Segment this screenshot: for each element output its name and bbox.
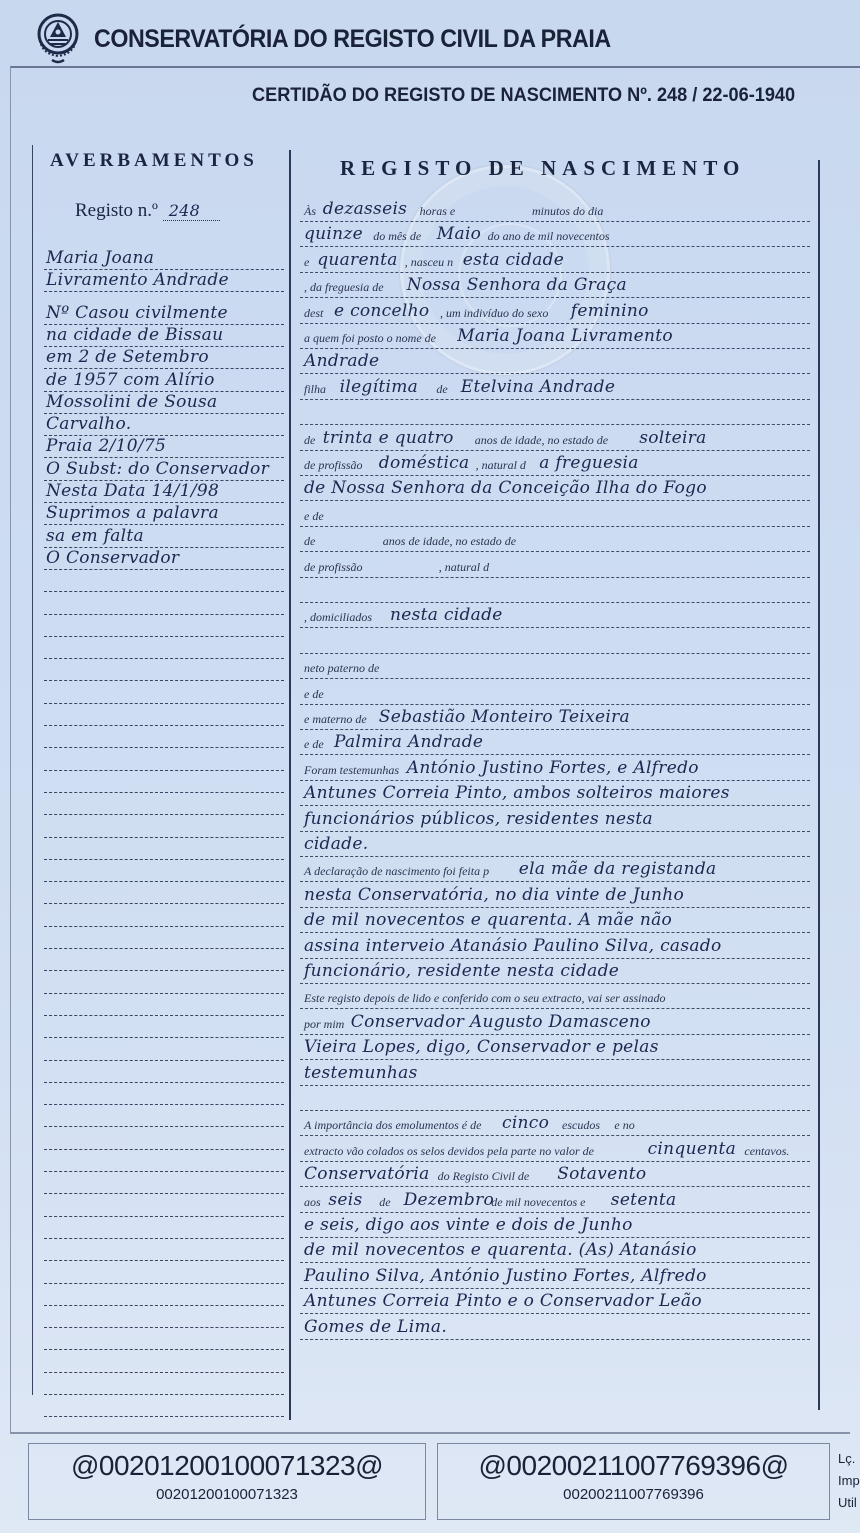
averbamento-line <box>44 1016 284 1038</box>
printed-label: Às <box>304 204 316 219</box>
registo-line <box>300 579 810 603</box>
handwritten-entry: Antunes Correia Pinto, ambos solteiros m… <box>304 783 730 803</box>
averbamento-line <box>44 726 284 748</box>
printed-label: , natural d <box>439 560 489 575</box>
handwritten-entry: e concelho <box>334 301 429 321</box>
handwritten-entry: cinco <box>502 1113 549 1133</box>
printed-label: A importância dos emolumentos é de <box>304 1118 481 1133</box>
averbamento-line: Nesta Data 14/1/98 <box>44 481 284 503</box>
registo-line: testemunhas <box>300 1062 810 1086</box>
registo-line: e de <box>300 681 810 705</box>
registo-heading: REGISTO DE NASCIMENTO <box>340 156 745 181</box>
averbamento-line: Mossolini de Sousa <box>44 392 284 414</box>
handwritten-entry: Sotavento <box>557 1164 646 1184</box>
handwritten-entry: Conservador Augusto Damasceno <box>351 1012 651 1032</box>
averbamento-line <box>44 1262 284 1284</box>
printed-label: e no <box>614 1118 634 1133</box>
handwritten-entry: assina interveio Atanásio Paulino Silva,… <box>304 936 722 956</box>
reference-code-1-plain: 00201200100071323 <box>29 1486 425 1503</box>
printed-label: , um indivíduo do sexo <box>440 306 548 321</box>
handwritten-entry: esta cidade <box>463 250 564 270</box>
averbamento-line <box>44 860 284 882</box>
reference-code-2-plain: 00200211007769396 <box>438 1486 829 1503</box>
printed-label: e de <box>304 509 324 524</box>
printed-label: extracto vão colados os selos devidos pe… <box>304 1144 594 1159</box>
registo-number: Registo n.º 248 <box>75 200 220 222</box>
averbamento-text: O Conservador <box>46 548 179 568</box>
averbamento-text: Suprimos a palavra <box>46 503 219 523</box>
registo-line: quinze do mês de Maio do ano de mil nove… <box>300 223 810 247</box>
handwritten-entry: Maio <box>437 224 481 244</box>
registo-line: a quem foi posto o nome de Maria Joana L… <box>300 325 810 349</box>
averbamento-line <box>44 1351 284 1373</box>
averbamento-line: na cidade de Bissau <box>44 325 284 347</box>
registo-line: Antunes Correia Pinto e o Conservador Le… <box>300 1290 810 1314</box>
averbamento-line <box>44 1328 284 1350</box>
printed-label: e <box>304 255 309 270</box>
registo-number-label: Registo n.º <box>75 200 158 221</box>
averbamento-line <box>44 949 284 971</box>
registo-line: e quarenta, nasceu nesta cidade <box>300 249 810 273</box>
averbamento-line <box>44 1150 284 1172</box>
registo-line: funcionários públicos, residentes nesta <box>300 808 810 832</box>
averbamento-line <box>44 972 284 994</box>
handwritten-entry: nesta cidade <box>390 605 503 625</box>
averbamento-text: em 2 de Setembro <box>46 347 209 367</box>
averbamento-line: Carvalho. <box>44 414 284 436</box>
printed-label: , domiciliados <box>304 610 372 625</box>
handwritten-entry: seis <box>328 1190 362 1210</box>
handwritten-entry: de mil novecentos e quarenta. A mãe não <box>304 910 672 930</box>
averbamento-text: Nesta Data 14/1/98 <box>46 481 219 501</box>
averbamento-line <box>44 838 284 860</box>
registo-line: de mil novecentos e quarenta. A mãe não <box>300 909 810 933</box>
handwritten-entry: funcionário, residente nesta cidade <box>304 961 619 981</box>
registo-line: de Nossa Senhora da Conceição Ilha do Fo… <box>300 477 810 501</box>
registo-line: e de Palmira Andrade <box>300 731 810 755</box>
averbamento-text: na cidade de Bissau <box>46 325 223 345</box>
registo-line: extracto vão colados os selos devidos pe… <box>300 1138 810 1162</box>
registo-line: Gomes de Lima. <box>300 1316 810 1340</box>
handwritten-entry: trinta e quatro <box>323 428 454 448</box>
averbamento-line <box>44 1195 284 1217</box>
registo-line: de profissão , natural d <box>300 554 810 578</box>
printed-label: anos de idade, no estado de <box>383 534 516 549</box>
printed-label: de profissão <box>304 458 363 473</box>
averbamento-line <box>44 771 284 793</box>
registo-line: de anos de idade, no estado de <box>300 528 810 552</box>
printed-label: de <box>304 534 315 549</box>
handwritten-entry: Etelvina Andrade <box>461 377 615 397</box>
printed-label: neto paterno de <box>304 661 379 676</box>
printed-label: do Registo Civil de <box>438 1169 530 1184</box>
handwritten-entry: de Nossa Senhora da Conceição Ilha do Fo… <box>304 478 707 498</box>
averbamento-text: Livramento Andrade <box>46 270 229 290</box>
registo-line: de profissão doméstica, natural da fregu… <box>300 452 810 476</box>
printed-label: do ano de mil novecentos <box>488 229 610 244</box>
averbamento-line <box>44 1039 284 1061</box>
averbamentos-heading: AVERBAMENTOS <box>50 150 258 172</box>
averbamento-text: Praia 2/10/75 <box>46 436 166 456</box>
registo-line: Às dezasseis horas e minutos do dia <box>300 198 810 222</box>
handwritten-entry: e seis, digo aos vinte e dois de Junho <box>304 1215 633 1235</box>
right-border <box>818 160 820 1410</box>
averbamento-text: O Subst: do Conservador <box>46 459 269 479</box>
averbamento-line <box>44 994 284 1016</box>
printed-label: , da freguesia de <box>304 280 384 295</box>
handwritten-entry: ela mãe da registanda <box>519 859 717 879</box>
handwritten-entry: cidade. <box>304 834 368 854</box>
handwritten-entry: Andrade <box>304 351 379 371</box>
averbamento-line: Livramento Andrade <box>44 270 284 292</box>
averbamento-line <box>44 1239 284 1261</box>
handwritten-entry: Vieira Lopes, digo, Conservador e pelas <box>304 1037 659 1057</box>
printed-label: e materno de <box>304 712 367 727</box>
averbamento-text: Maria Joana <box>46 248 154 268</box>
handwritten-entry: nesta Conservatória, no dia vinte de Jun… <box>304 885 684 905</box>
averbamento-text: sa em falta <box>46 526 144 546</box>
handwritten-entry: quinze <box>304 224 363 244</box>
averbamento-line <box>44 637 284 659</box>
registo-line: de trinta e quatro anos de idade, no est… <box>300 427 810 451</box>
averbamento-line <box>44 1083 284 1105</box>
averbamento-line <box>44 927 284 949</box>
handwritten-entry: funcionários públicos, residentes nesta <box>304 809 653 829</box>
registo-line: filha ilegítima de Etelvina Andrade <box>300 376 810 400</box>
averbamento-line <box>44 593 284 615</box>
printed-label: por mim <box>304 1017 344 1032</box>
averbamento-line <box>44 1217 284 1239</box>
handwritten-entry: a freguesia <box>539 453 639 473</box>
handwritten-entry: feminino <box>571 301 649 321</box>
averbamento-text: Mossolini de Sousa <box>46 392 217 412</box>
averbamento-line <box>44 1306 284 1328</box>
registo-line: Antunes Correia Pinto, ambos solteiros m… <box>300 782 810 806</box>
registo-line: e de <box>300 503 810 527</box>
reference-code-box-2: @00200211007769396@ 00200211007769396 <box>437 1443 830 1520</box>
side-note: Lç. Imp Util <box>838 1448 860 1514</box>
registo-line: Foram testemunhas António Justino Fortes… <box>300 757 810 781</box>
registo-line: A declaração de nascimento foi feita pel… <box>300 858 810 882</box>
averbamento-line <box>44 1284 284 1306</box>
averbamento-line <box>44 1128 284 1150</box>
printed-label: do mês de <box>373 229 421 244</box>
handwritten-entry: ilegítima <box>340 377 418 397</box>
handwritten-entry: cinquenta <box>648 1139 736 1159</box>
printed-label: escudos <box>562 1118 600 1133</box>
averbamento-line: Maria Joana <box>44 248 284 270</box>
registo-line: A importância dos emolumentos é de cinco… <box>300 1112 810 1136</box>
printed-label: minutos do dia <box>532 204 603 219</box>
registo-line: e seis, digo aos vinte e dois de Junho <box>300 1214 810 1238</box>
averbamento-line <box>44 570 284 592</box>
printed-label: , natural d <box>476 458 526 473</box>
averbamento-line <box>44 1105 284 1127</box>
handwritten-entry: solteira <box>639 428 706 448</box>
averbamento-line: Suprimos a palavra <box>44 503 284 525</box>
averbamento-line: O Conservador <box>44 548 284 570</box>
bottom-divider <box>10 1432 850 1434</box>
printed-label: dest <box>304 306 323 321</box>
averbamento-line: sa em falta <box>44 526 284 548</box>
averbamento-line <box>44 1395 284 1417</box>
printed-label: horas e <box>420 204 456 219</box>
averbamento-text: de 1957 com Alírio <box>46 370 215 390</box>
registo-line: neto paterno de <box>300 655 810 679</box>
averbamento-line <box>44 905 284 927</box>
registo-line: e materno de Sebastião Monteiro Teixeira <box>300 706 810 730</box>
printed-label: filha <box>304 382 326 397</box>
side-note-line: Imp <box>838 1470 860 1492</box>
registo-number-value: 248 <box>163 201 220 221</box>
reference-code-1: @00201200100071323@ <box>29 1450 425 1482</box>
column-divider <box>289 150 291 1420</box>
document-header: CONSERVATÓRIA DO REGISTO CIVIL DA PRAIA <box>24 10 844 68</box>
handwritten-entry: Antunes Correia Pinto e o Conservador Le… <box>304 1291 702 1311</box>
handwritten-entry: doméstica <box>379 453 470 473</box>
printed-label: de <box>436 382 447 397</box>
averbamento-line <box>44 682 284 704</box>
printed-label: de <box>379 1195 390 1210</box>
averbamento-line <box>44 615 284 637</box>
reference-code-box-1: @00201200100071323@ 00201200100071323 <box>28 1443 426 1520</box>
handwritten-entry: dezasseis <box>323 199 407 219</box>
registo-line <box>300 401 810 425</box>
printed-label: a quem foi posto o nome de <box>304 331 436 346</box>
printed-label: Este registo depois de lido e conferido … <box>304 991 666 1006</box>
reference-code-2: @00200211007769396@ <box>438 1450 829 1482</box>
averbamento-line <box>44 749 284 771</box>
printed-label: A declaração de nascimento foi feita p <box>304 864 489 879</box>
printed-label: de mil novecentos e <box>491 1195 585 1210</box>
registo-line: Conservatória do Registo Civil de Sotave… <box>300 1163 810 1187</box>
averbamento-line: Nº Casou civilmente <box>44 303 284 325</box>
registo-line: de mil novecentos e quarenta. (As) Ataná… <box>300 1239 810 1263</box>
registo-line: Andrade <box>300 350 810 374</box>
handwritten-entry: Gomes de Lima. <box>304 1317 447 1337</box>
side-note-line: Util <box>838 1492 860 1514</box>
registo-line: Vieira Lopes, digo, Conservador e pelas <box>300 1036 810 1060</box>
handwritten-entry: Maria Joana Livramento <box>457 326 673 346</box>
averbamento-line: de 1957 com Alírio <box>44 370 284 392</box>
printed-label: aos <box>304 1195 321 1210</box>
averbamento-line <box>44 659 284 681</box>
averbamento-line: Praia 2/10/75 <box>44 436 284 458</box>
registo-line: Paulino Silva, António Justino Fortes, A… <box>300 1265 810 1289</box>
printed-label: anos de idade, no estado de <box>475 433 608 448</box>
handwritten-entry: setenta <box>611 1190 677 1210</box>
averbamento-line <box>44 1172 284 1194</box>
coat-of-arms-icon <box>28 10 88 68</box>
averbamento-line <box>44 882 284 904</box>
registo-line: cidade. <box>300 833 810 857</box>
handwritten-entry: Conservatória <box>304 1164 430 1184</box>
handwritten-entry: Dezembro <box>404 1190 494 1210</box>
printed-label: e de <box>304 737 324 752</box>
registo-line: , da freguesia de Nossa Senhora da Graça <box>300 274 810 298</box>
handwritten-entry: Paulino Silva, António Justino Fortes, A… <box>304 1266 707 1286</box>
averbamento-line: em 2 de Setembro <box>44 347 284 369</box>
registo-line: por mim Conservador Augusto Damasceno <box>300 1011 810 1035</box>
averbamento-text: Nº Casou civilmente <box>46 303 228 323</box>
averbamento-line <box>44 1373 284 1395</box>
institution-title: CONSERVATÓRIA DO REGISTO CIVIL DA PRAIA <box>94 25 611 54</box>
printed-label: de <box>304 433 315 448</box>
handwritten-entry: Nossa Senhora da Graça <box>407 275 627 295</box>
handwritten-entry: António Justino Fortes, e Alfredo <box>407 758 699 778</box>
averbamento-line <box>44 704 284 726</box>
handwritten-entry: de mil novecentos e quarenta. (As) Ataná… <box>304 1240 697 1260</box>
averbamento-text: Carvalho. <box>46 414 131 434</box>
registo-line: assina interveio Atanásio Paulino Silva,… <box>300 935 810 959</box>
handwritten-entry: quarenta <box>317 250 397 270</box>
averbamento-line <box>44 793 284 815</box>
registo-line: Este registo depois de lido e conferido … <box>300 985 810 1009</box>
side-note-line: Lç. <box>838 1448 860 1470</box>
registo-line: aos seis de Dezembro de mil novecentos e… <box>300 1189 810 1213</box>
registo-line <box>300 1087 810 1111</box>
handwritten-entry: Palmira Andrade <box>334 732 483 752</box>
registo-line: nesta Conservatória, no dia vinte de Jun… <box>300 884 810 908</box>
printed-label: e de <box>304 687 324 702</box>
averbamento-line <box>44 1061 284 1083</box>
printed-label: centavos. <box>744 1144 789 1159</box>
printed-label: de profissão <box>304 560 363 575</box>
certificate-title: CERTIDÃO DO REGISTO DE NASCIMENTO Nº. 24… <box>252 84 795 107</box>
handwritten-entry: testemunhas <box>304 1063 418 1083</box>
handwritten-entry: Sebastião Monteiro Teixeira <box>379 707 630 727</box>
printed-label: , nasceu n <box>405 255 453 270</box>
averbamento-line: O Subst: do Conservador <box>44 459 284 481</box>
averbamento-line <box>44 816 284 838</box>
registo-line: dest e concelho, um indivíduo do sexo fe… <box>300 300 810 324</box>
registo-line: , domiciliados nesta cidade <box>300 604 810 628</box>
registo-line <box>300 630 810 654</box>
registo-line: funcionário, residente nesta cidade <box>300 960 810 984</box>
printed-label: Foram testemunhas <box>304 763 399 778</box>
